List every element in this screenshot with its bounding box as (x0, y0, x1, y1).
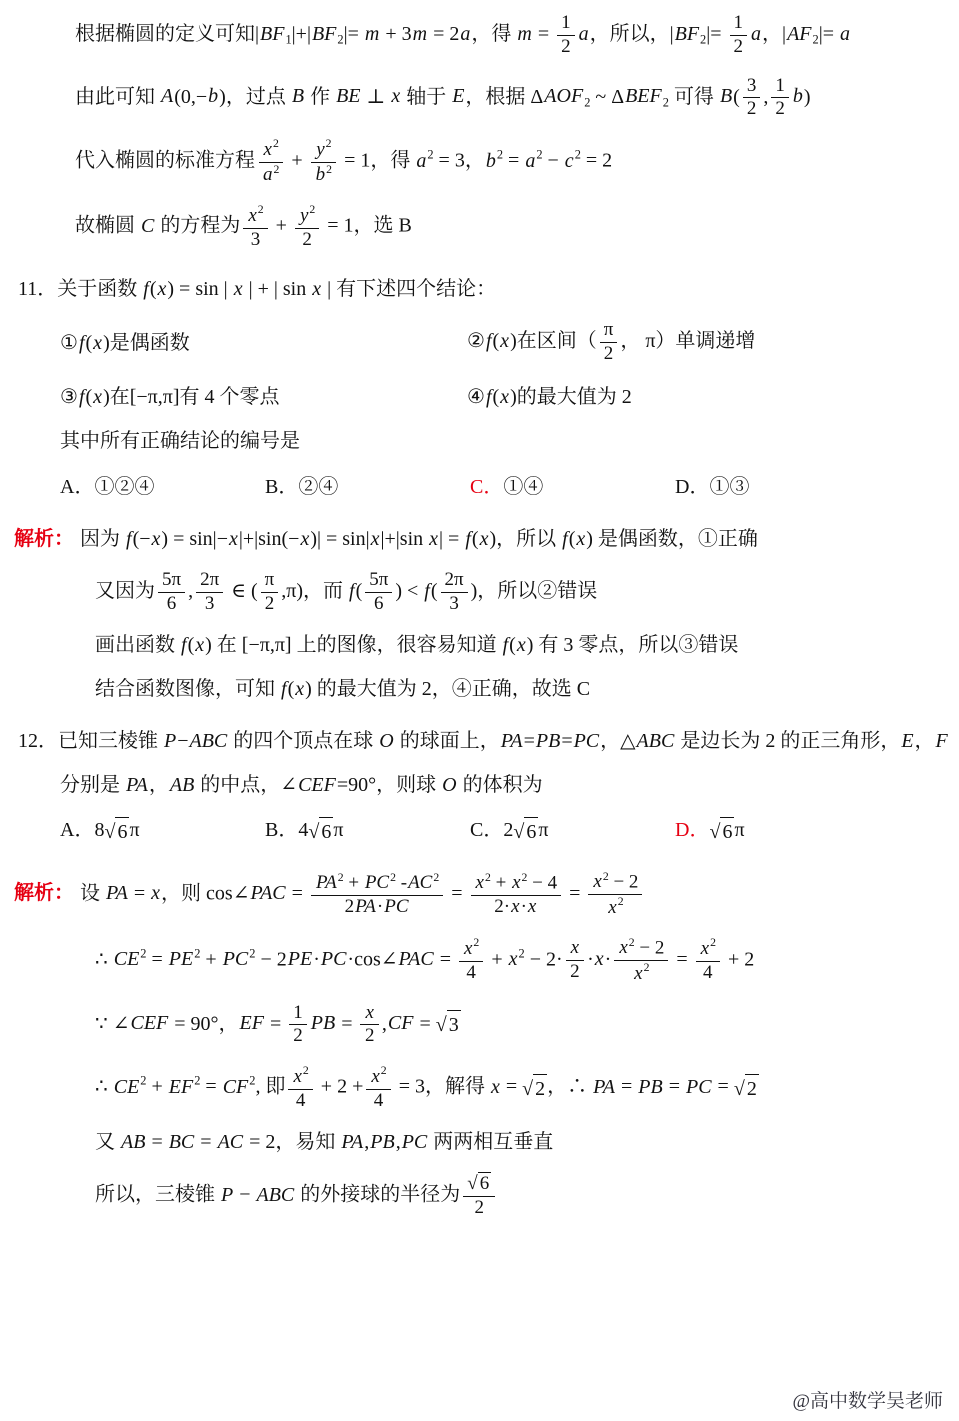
superscript: 2 (326, 137, 332, 150)
text-run: − (543, 150, 564, 172)
math-variable: f (423, 580, 431, 602)
math-variable: x (463, 938, 473, 959)
math-variable: x (311, 278, 322, 300)
text-run: · (587, 948, 594, 970)
text-run: 的外接球的半径为 (295, 1184, 460, 1206)
text-run: ( (356, 580, 363, 602)
fraction-numerator: π (600, 319, 618, 343)
fraction-denominator: 3 (201, 593, 219, 616)
fraction-denominator: x2 (629, 961, 653, 985)
math-variable: x (428, 528, 439, 550)
text-run: = 1，得 (339, 150, 415, 172)
text-run: = (561, 730, 572, 752)
math-variable: BC (168, 1131, 196, 1153)
text-run: + 2 (723, 948, 754, 970)
math-variable: PB (310, 1012, 336, 1034)
fraction: x2 + x2 − 42·x·x (471, 871, 562, 919)
text-run: 其中所有正确结论的编号是 (60, 430, 300, 452)
math-variable: x (575, 528, 586, 550)
text-run: (0,− (174, 85, 207, 107)
math-variable: PE (287, 948, 313, 970)
fraction-denominator: 2 (289, 1025, 307, 1048)
fraction-numerator: 5π (365, 569, 392, 593)
math-variable: P (220, 1184, 234, 1206)
fraction-numerator: x2 − 2 (588, 870, 642, 895)
math-variable: b (792, 85, 804, 107)
text-run: 2 (734, 36, 744, 57)
text-run: 2 (775, 98, 785, 119)
text-run: 6 (321, 821, 331, 843)
text-run: 6 (374, 593, 384, 614)
text-run: = (503, 150, 524, 172)
math-variable: m (412, 23, 428, 45)
math-variable: PC (364, 872, 390, 893)
text-run: 2 (604, 343, 614, 364)
sqrt: √6 (104, 817, 129, 846)
q11-conclusions-row2-cell-1: ③f(x)在[−π,π]有 4 个零点 (60, 383, 467, 411)
text-run: · (313, 948, 320, 970)
text-run: = (129, 882, 150, 904)
radical-sign-icon: √ (513, 818, 524, 846)
text-run: = (435, 948, 456, 970)
text-run: = 2 (581, 150, 612, 172)
text-run: |= (706, 23, 726, 45)
fraction: x24 (459, 936, 483, 984)
math-variable: x (157, 278, 168, 300)
fraction: π2 (600, 319, 618, 366)
math-variable: PA (315, 872, 338, 893)
fraction-numerator: 5π (158, 569, 185, 593)
text-run: π (734, 819, 744, 841)
math-variable: x (570, 937, 580, 958)
math-variable: PC (222, 948, 250, 970)
text-run: ， (915, 730, 935, 752)
math-variable: x (499, 386, 510, 408)
math-variable: AC (407, 872, 433, 893)
answer-letter-highlight: D． (675, 819, 709, 841)
math-variable: x (364, 1002, 374, 1023)
math-variable: f (125, 528, 133, 550)
text-run: + (147, 1076, 168, 1098)
sqrt: √2 (522, 1074, 547, 1103)
text-run: 是边长为 2 的正三角形， (675, 730, 900, 752)
text-run: 4 (374, 1090, 384, 1111)
math-variable: f (485, 330, 493, 352)
radicand: 6 (319, 817, 333, 846)
text-run: ( (733, 85, 740, 107)
math-variable: x (151, 528, 162, 550)
superscript: 2 (258, 203, 264, 216)
math-variable: x (263, 139, 273, 160)
text-run: ) (804, 85, 811, 107)
math-variable: x (618, 937, 628, 958)
math-variable: BF (259, 23, 285, 45)
text-run: ( (509, 634, 516, 656)
math-variable: PC (573, 730, 601, 752)
text-run: C．2 (470, 819, 513, 841)
text-run: 的四个顶点在球 (228, 730, 378, 752)
math-variable: x (516, 634, 527, 656)
q11-options-cell-4: D．①③ (675, 473, 880, 501)
q11-analysis-line2: 又因为5π6,2π3 ∈ (π2,π)，而 f(5π6) < f(2π3)，所以… (0, 569, 959, 616)
text-run: ② (467, 330, 485, 352)
fraction-denominator: 2 (730, 36, 748, 59)
fraction-denominator: 2 (743, 98, 761, 121)
math-variable: CEF (297, 774, 337, 796)
text-run: 的中点，∠ (195, 774, 297, 796)
text-run: = (713, 1076, 734, 1098)
q12-stem-line1: 12．已知三棱锥 P−ABC 的四个顶点在球 O 的球面上，PA=PB=PC，△… (0, 727, 959, 755)
math-variable: a (415, 150, 427, 172)
text-run: 2 (535, 1078, 545, 1100)
text-run: ·cos∠ (347, 948, 397, 970)
fraction-numerator: 1 (730, 12, 748, 36)
radicand: 2 (745, 1074, 759, 1103)
text-run: 2 (475, 1197, 485, 1218)
q12-analysis-line3: ∵ ∠CEF = 90°，EF = 12PB = x2,CF = √3 (0, 1002, 959, 1049)
math-variable: BF (674, 23, 700, 45)
text-run: ∴ (95, 948, 113, 970)
fraction-numerator: x2 (243, 203, 267, 228)
fraction-denominator: 4 (370, 1090, 388, 1113)
text-run: ) = sin|− (161, 528, 228, 550)
superscript: 2 (309, 203, 315, 216)
math-variable: CF (387, 1012, 415, 1034)
radicand: 6 (115, 817, 129, 846)
text-run: = 2 (428, 23, 459, 45)
fraction-denominator: 6 (370, 593, 388, 616)
text-run: = 3， (434, 150, 485, 172)
fraction-denominator: 2 (471, 1197, 489, 1220)
q11-conclusions-row2-cell-2: ④f(x)的最大值为 2 (467, 383, 874, 411)
fraction-denominator: 4 (292, 1090, 310, 1113)
q11-conclusions-row1-cell-1: ①f(x)是偶函数 (60, 329, 467, 357)
answer-letter-highlight: C． (470, 476, 503, 498)
math-variable: AB (120, 1131, 146, 1153)
math-variable: a (750, 23, 762, 45)
math-variable: x (508, 948, 519, 970)
fraction-numerator: x2 + x2 − 4 (471, 871, 562, 896)
math-variable: PA (340, 1131, 364, 1153)
math-variable: PC (320, 948, 348, 970)
math-variable: f (78, 332, 86, 354)
math-variable: ABC (189, 730, 229, 752)
radical-sign-icon: √ (709, 818, 720, 846)
radicand: 6 (720, 817, 734, 846)
radical-sign-icon: √ (734, 1075, 745, 1103)
text-run: + 3 (380, 23, 411, 45)
math-variable: AF (786, 23, 812, 45)
math-variable: x (490, 1076, 501, 1098)
math-variable: a (839, 23, 851, 45)
math-variable: b (315, 164, 327, 185)
fraction: 5π6 (158, 569, 185, 616)
text-run: = (664, 1076, 685, 1098)
math-variable: BE (335, 85, 361, 107)
math-variable: AB (169, 774, 195, 796)
text-run: = (524, 730, 535, 752)
fraction-denominator: 4 (699, 962, 717, 985)
fraction-numerator: √6 (463, 1172, 495, 1197)
math-variable: C (140, 215, 155, 237)
math-variable: x (247, 205, 257, 226)
text-run: ④ (467, 386, 485, 408)
text-run: 又因为 (95, 580, 155, 602)
math-variable: x (607, 897, 617, 918)
text-run: + (286, 150, 307, 172)
text-run: 6 (526, 821, 536, 843)
fraction-numerator: PA2 + PC2 -AC2 (311, 871, 443, 896)
text-run: A．8 (60, 819, 104, 841)
q12-analysis-line6: 所以，三棱锥 P − ABC 的外接球的半径为√62 (0, 1172, 959, 1220)
text-run: |+|sin(− (239, 528, 300, 550)
math-variable: x (194, 634, 205, 656)
fraction-numerator: 2π (196, 569, 223, 593)
q11-options-cell-1: A．①②④ (60, 473, 265, 501)
text-run: 2π (445, 569, 464, 590)
text-run: - (396, 872, 407, 893)
text-run: ( (150, 278, 157, 300)
math-variable: a (524, 150, 536, 172)
fraction-numerator: x (360, 1002, 378, 1026)
q11-options-cell-3: C．①④ (470, 473, 675, 501)
text-run: 1 (293, 1002, 303, 1023)
text-run: = (501, 1076, 522, 1098)
text-run: 两两相互垂直 (428, 1131, 553, 1153)
sqrt: √6 (467, 1172, 491, 1196)
fraction: x2 − 2x2 (588, 870, 642, 920)
text-run: − 4 (527, 872, 557, 893)
text-run: π (604, 319, 614, 340)
watermark: @高中数学吴老师 (793, 1386, 944, 1413)
text-run: 又 (95, 1131, 120, 1153)
text-run: 因为 (80, 528, 125, 550)
text-run: = (564, 882, 585, 904)
text-run: 的球面上， (395, 730, 500, 752)
math-variable: PC (685, 1076, 713, 1098)
text-run: = (414, 1012, 435, 1034)
text-run: = (195, 1131, 216, 1153)
text-run: 可得 (669, 85, 719, 107)
text-run: = (200, 1076, 221, 1098)
math-variable: x (233, 278, 244, 300)
math-variable: ABC (256, 1184, 296, 1206)
math-variable: f (180, 634, 188, 656)
text-run: = (533, 23, 554, 45)
radical-sign-icon: √ (104, 818, 115, 846)
fraction-numerator: 1 (771, 75, 789, 99)
math-variable: a (578, 23, 590, 45)
text-run: ,π)，而 (281, 580, 348, 602)
math-variable: A (160, 85, 174, 107)
fraction-numerator: 3 (743, 75, 761, 99)
text-run: = (287, 882, 308, 904)
sqrt: √6 (513, 817, 538, 846)
fraction: 12 (557, 12, 575, 59)
fraction-denominator: 2PA·PC (341, 896, 414, 919)
text-run: ①④ (503, 476, 543, 498)
q11-stem: 11．关于函数 f(x) = sin | x | + | sin x | 有下述… (0, 275, 959, 303)
text-run: 2 (747, 1078, 757, 1100)
math-variable: CE (113, 948, 141, 970)
text-run: 3 (205, 593, 215, 614)
text-run: = 1，选 B (322, 215, 412, 237)
superscript: 2 (473, 936, 479, 949)
fraction: y22 (295, 203, 319, 251)
text-run: 6 (117, 821, 127, 843)
math-variable: O (441, 774, 457, 796)
radicand: 2 (533, 1074, 547, 1103)
text-run: ∈ ( (226, 580, 257, 602)
text-run: , 即 (255, 1076, 285, 1098)
math-variable: f (561, 528, 569, 550)
math-variable: y (315, 139, 325, 160)
text-run: 画出函数 (95, 634, 180, 656)
radicand: 3 (447, 1010, 461, 1039)
text-run: |= (819, 23, 839, 45)
q12-options-cell-3: C．2√6π (470, 816, 675, 846)
text-run: − (234, 1184, 255, 1206)
text-run: ，则 cos∠ (161, 882, 249, 904)
text-run: = (336, 1012, 357, 1034)
superscript: 2 (273, 137, 279, 150)
text-run: 所以，三棱锥 (95, 1184, 220, 1206)
superscript: 2 (710, 936, 716, 949)
text-run: 2 (293, 1025, 303, 1046)
math-variable: x (475, 872, 485, 893)
superscript: 2 (433, 871, 439, 884)
math-variable: b (207, 85, 219, 107)
fraction-denominator: 2 (600, 343, 618, 366)
math-variable: x (390, 85, 401, 107)
text-run: ) 的最大值为 2，④正确，故选 C (305, 678, 590, 700)
superscript: 2 (644, 961, 650, 974)
q12-options: A．8√6πB．4√6πC．2√6πD．√6π (0, 815, 959, 845)
text-run: |+| (292, 23, 311, 45)
text-run: |= (344, 23, 364, 45)
fraction-denominator: a2 (258, 163, 283, 187)
fraction: x2 − 2x2 (614, 936, 668, 986)
fraction: x24 (366, 1064, 390, 1112)
math-variable: E (451, 85, 465, 107)
fraction-denominator: 2 (566, 961, 584, 984)
text-run: A．①②④ (60, 476, 154, 498)
radicand: 6 (524, 817, 538, 846)
math-variable: f (280, 678, 288, 700)
fraction: 12 (771, 75, 789, 122)
text-run: 故椭圆 (75, 215, 140, 237)
math-variable: BEF (624, 85, 663, 107)
q11-options: A．①②④B．②④C．①④D．①③ (0, 471, 959, 500)
fraction: 12 (289, 1002, 307, 1049)
math-variable: x (633, 963, 643, 984)
fraction: √62 (463, 1172, 495, 1220)
math-variable: PE (168, 948, 194, 970)
math-variable: m (364, 23, 380, 45)
text-run: 2 (365, 1025, 375, 1046)
text-run: 1 (561, 12, 571, 33)
text-run: 作 (305, 85, 335, 107)
text-run: 结合函数图像，可知 (95, 678, 280, 700)
text-run: 2 (561, 36, 571, 57)
text-run: 分别是 (60, 774, 125, 796)
text-run: )的最大值为 2 (510, 386, 632, 408)
fraction-numerator: x2 (696, 936, 720, 961)
text-run: 2 (265, 593, 275, 614)
radical-sign-icon: √ (467, 1173, 477, 1196)
text-run: ， (149, 774, 169, 796)
text-run: , (188, 580, 193, 602)
text-run: D．①③ (675, 476, 749, 498)
text-run: ) 在 [−π,π] 上的图像，很容易知道 (205, 634, 501, 656)
q11-conclusions-row1: ①f(x)是偶函数②f(x)在区间（π2， π）单调递增 (0, 319, 959, 366)
fraction-numerator: y2 (295, 203, 319, 228)
math-variable: B (291, 85, 305, 107)
text-run: ~ Δ (590, 85, 624, 107)
text-run: + (344, 872, 364, 893)
text-run: ) = sin | (167, 278, 232, 300)
q12-stem-line2: 分别是 PA，AB 的中点，∠CEF=90°，则球 O 的体积为 (0, 771, 959, 799)
sqrt: √2 (734, 1074, 759, 1103)
text-run: 3 (449, 1014, 459, 1036)
text-run: 6 (722, 821, 732, 843)
math-variable: f (142, 278, 150, 300)
text-run: 2 (570, 961, 580, 982)
q12-options-cell-4: D．√6π (675, 816, 880, 846)
text-run: ) < (395, 580, 423, 602)
text-run: − 2 (635, 937, 665, 958)
text-run: = (265, 1012, 286, 1034)
math-variable: x (92, 386, 103, 408)
text-run: (− (133, 528, 151, 550)
fraction-denominator: 3 (247, 229, 265, 252)
fraction: x23 (243, 203, 267, 251)
fraction-numerator: π (261, 569, 279, 593)
superscript: 2 (303, 1064, 309, 1077)
math-variable: PA (125, 774, 149, 796)
text-run: ) 是偶函数，①正确 (586, 528, 758, 550)
fraction-denominator: 2 (361, 1025, 379, 1048)
q11-analysis-line4: 结合函数图像，可知 f(x) 的最大值为 2，④正确，故选 C (0, 675, 959, 703)
fraction: π2 (261, 569, 279, 616)
text-run: − (177, 730, 188, 752)
text-run: ) 有 3 零点，所以③错误 (527, 634, 739, 656)
text-run: ∵ ∠ (95, 1012, 129, 1034)
q10-solution-line4: 故椭圆 C 的方程为x23 + y22 = 1，选 B (0, 203, 959, 251)
math-variable: a (459, 23, 471, 45)
math-variable: f (78, 386, 86, 408)
text-run: − 2 (609, 871, 639, 892)
text-run: )在[−π,π]有 4 个零点 (103, 386, 279, 408)
text-run: 4 (703, 962, 713, 983)
text-run: |+|sin (381, 528, 429, 550)
fraction: x2 (566, 937, 584, 984)
text-run: 轴于 (401, 85, 451, 107)
text-run: ∴ (95, 1076, 113, 1098)
text-run: 由此可知 (75, 85, 160, 107)
q10-solution-line2: 由此可知 A(0,−b)，过点 B 作 BE ⊥ x 轴于 E，根据 ΔAOF2… (0, 75, 959, 122)
text-run: + (200, 948, 221, 970)
math-variable: PB (369, 1131, 395, 1153)
math-variable: x (527, 896, 537, 917)
math-variable: B (719, 85, 733, 107)
fraction: x2 (360, 1002, 378, 1049)
math-variable: BF (311, 23, 337, 45)
fraction-numerator: x2 (259, 137, 283, 162)
superscript: 2 (381, 1064, 387, 1077)
math-variable: PC (383, 896, 409, 917)
radical-sign-icon: √ (522, 1075, 533, 1103)
